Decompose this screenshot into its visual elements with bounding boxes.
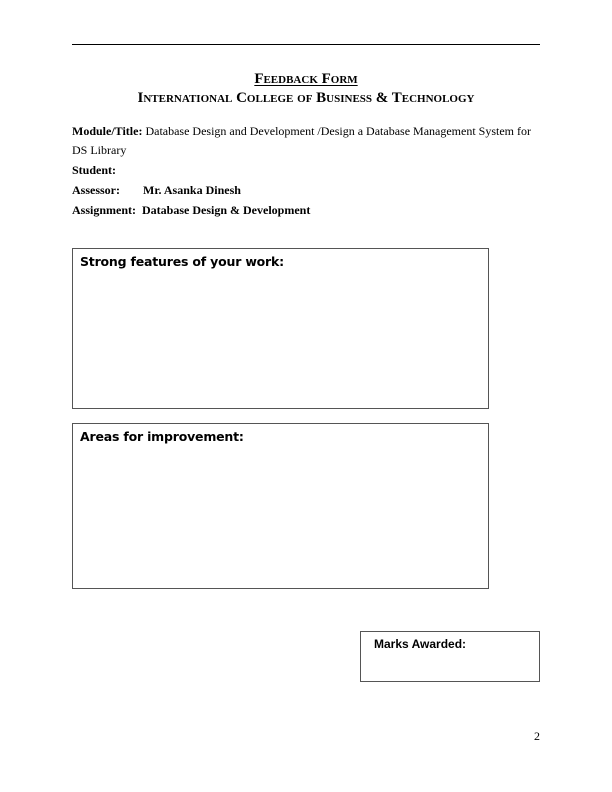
- assessor-label: Assessor:: [72, 183, 120, 197]
- module-title-line: Module/Title: Database Design and Develo…: [72, 121, 531, 141]
- marks-awarded-label: Marks Awarded:: [374, 637, 466, 651]
- module-title-value: Database Design and Development /Design …: [142, 124, 531, 138]
- student-line: Student:: [72, 160, 116, 180]
- assessor-line: Assessor: Mr. Asanka Dinesh: [72, 180, 372, 200]
- strong-features-box: Strong features of your work:: [72, 248, 489, 409]
- areas-for-improvement-box: Areas for improvement:: [72, 423, 489, 589]
- student-label: Student:: [72, 163, 116, 177]
- document-page: Feedback Form International College of B…: [0, 0, 612, 792]
- marks-awarded-box: Marks Awarded:: [360, 631, 540, 682]
- strong-features-content[interactable]: [77, 275, 484, 404]
- page-number: 2: [520, 729, 540, 744]
- header-rule: [72, 44, 540, 45]
- areas-for-improvement-label: Areas for improvement:: [80, 429, 244, 444]
- marks-awarded-value[interactable]: [365, 654, 535, 677]
- form-title: Feedback Form: [72, 71, 540, 88]
- strong-features-label: Strong features of your work:: [80, 254, 284, 269]
- module-title-label: Module/Title:: [72, 124, 142, 138]
- assignment-value: Database Design & Development: [136, 203, 310, 217]
- assessor-value: Mr. Asanka Dinesh: [143, 180, 241, 200]
- assignment-line: Assignment: Database Design & Developmen…: [72, 200, 310, 220]
- module-title-continuation: DS Library: [72, 140, 126, 160]
- assignment-label: Assignment:: [72, 203, 136, 217]
- institution-title: International College of Business & Tech…: [72, 90, 540, 107]
- areas-for-improvement-content[interactable]: [77, 450, 484, 584]
